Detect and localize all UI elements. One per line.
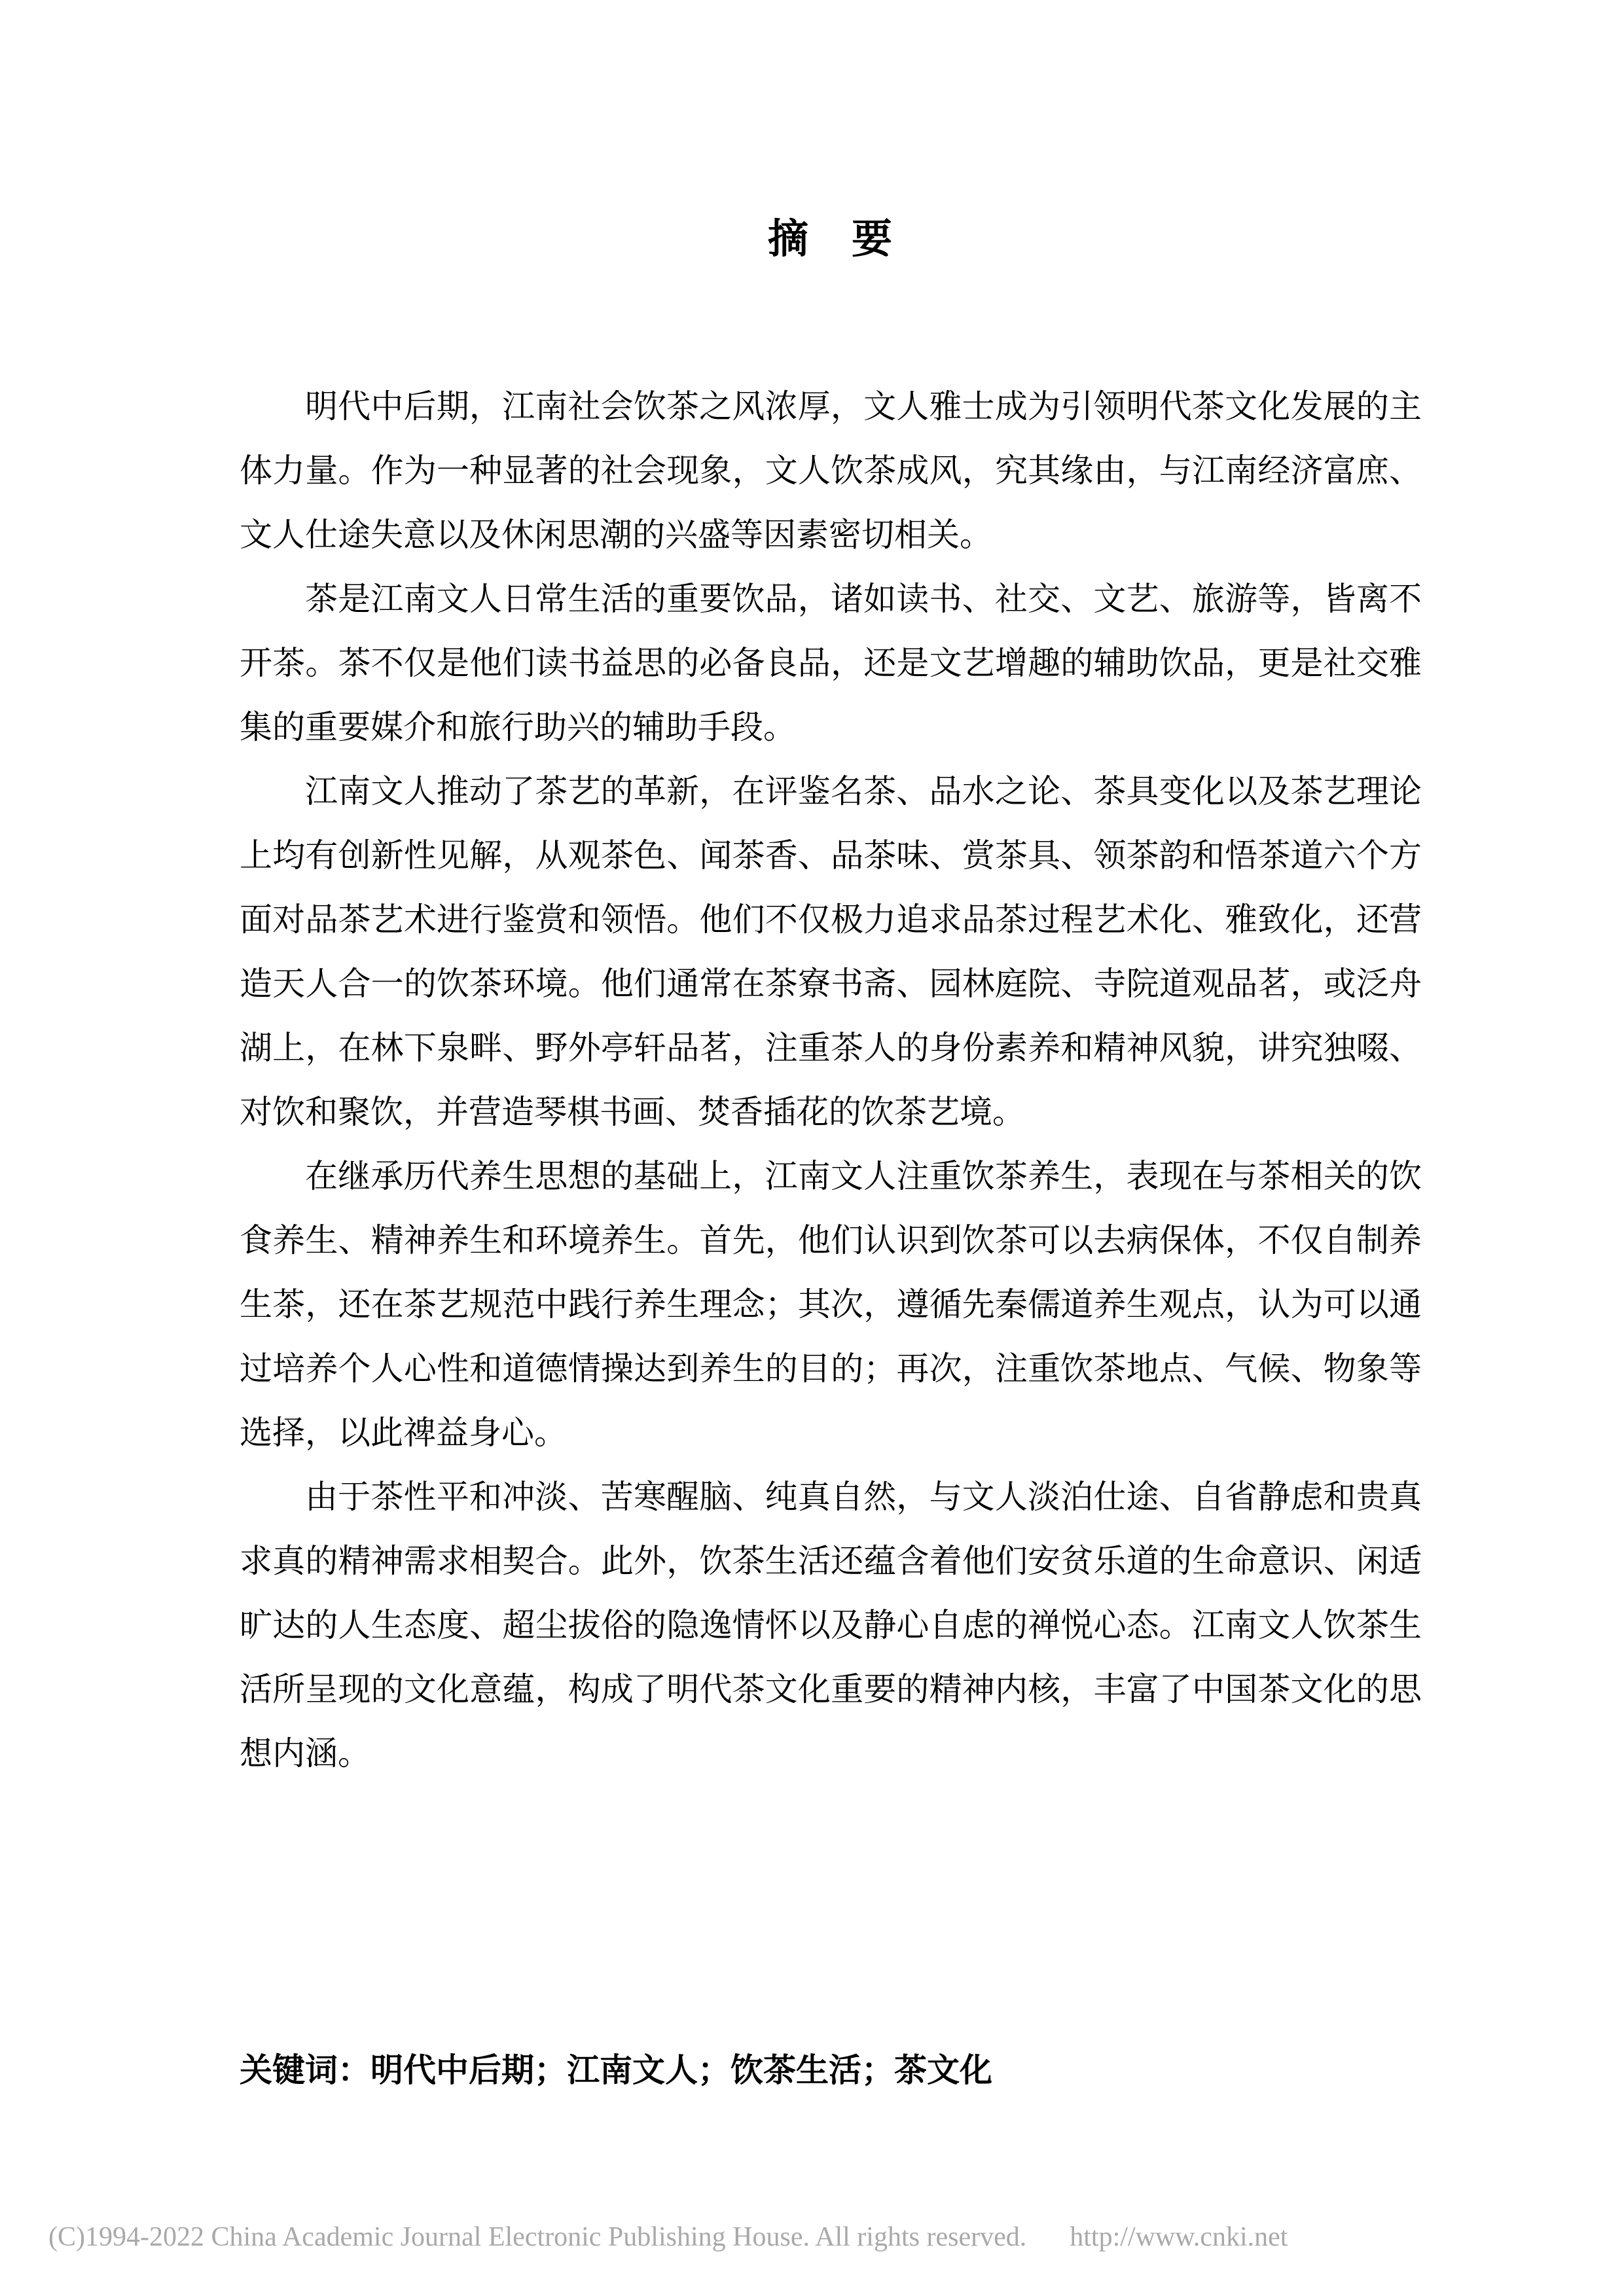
page-footer: (C)1994-2022 China Academic Journal Elec…	[48, 2220, 1580, 2254]
abstract-paragraph: 在继承历代养生思想的基础上，江南文人注重饮茶养生，表现在与茶相关的饮食养生、精神…	[240, 1144, 1422, 1465]
abstract-paragraph: 由于茶性平和冲淡、苦寒醒脑、纯真自然，与文人淡泊仕途、自省静虑和贵真求真的精神需…	[240, 1465, 1422, 1785]
copyright-text: (C)1994-2022 China Academic Journal Elec…	[48, 2220, 1026, 2254]
abstract-paragraph: 明代中后期，江南社会饮茶之风浓厚，文人雅士成为引领明代茶文化发展的主体力量。作为…	[240, 374, 1422, 567]
abstract-paragraph: 江南文人推动了茶艺的革新，在评鉴名茶、品水之论、茶具变化以及茶艺理论上均有创新性…	[240, 759, 1422, 1144]
abstract-body: 明代中后期，江南社会饮茶之风浓厚，文人雅士成为引领明代茶文化发展的主体力量。作为…	[240, 374, 1422, 1785]
abstract-page: 摘 要 明代中后期，江南社会饮茶之风浓厚，文人雅士成为引领明代茶文化发展的主体力…	[0, 0, 1624, 2296]
page-title: 摘 要	[240, 211, 1422, 267]
abstract-paragraph: 茶是江南文人日常生活的重要饮品，诸如读书、社交、文艺、旅游等，皆离不开茶。茶不仅…	[240, 567, 1422, 759]
cnki-url: http://www.cnki.net	[1070, 2220, 1288, 2254]
keywords-line: 关键词：明代中后期；江南文人；饮茶生活；茶文化	[240, 2047, 1422, 2093]
